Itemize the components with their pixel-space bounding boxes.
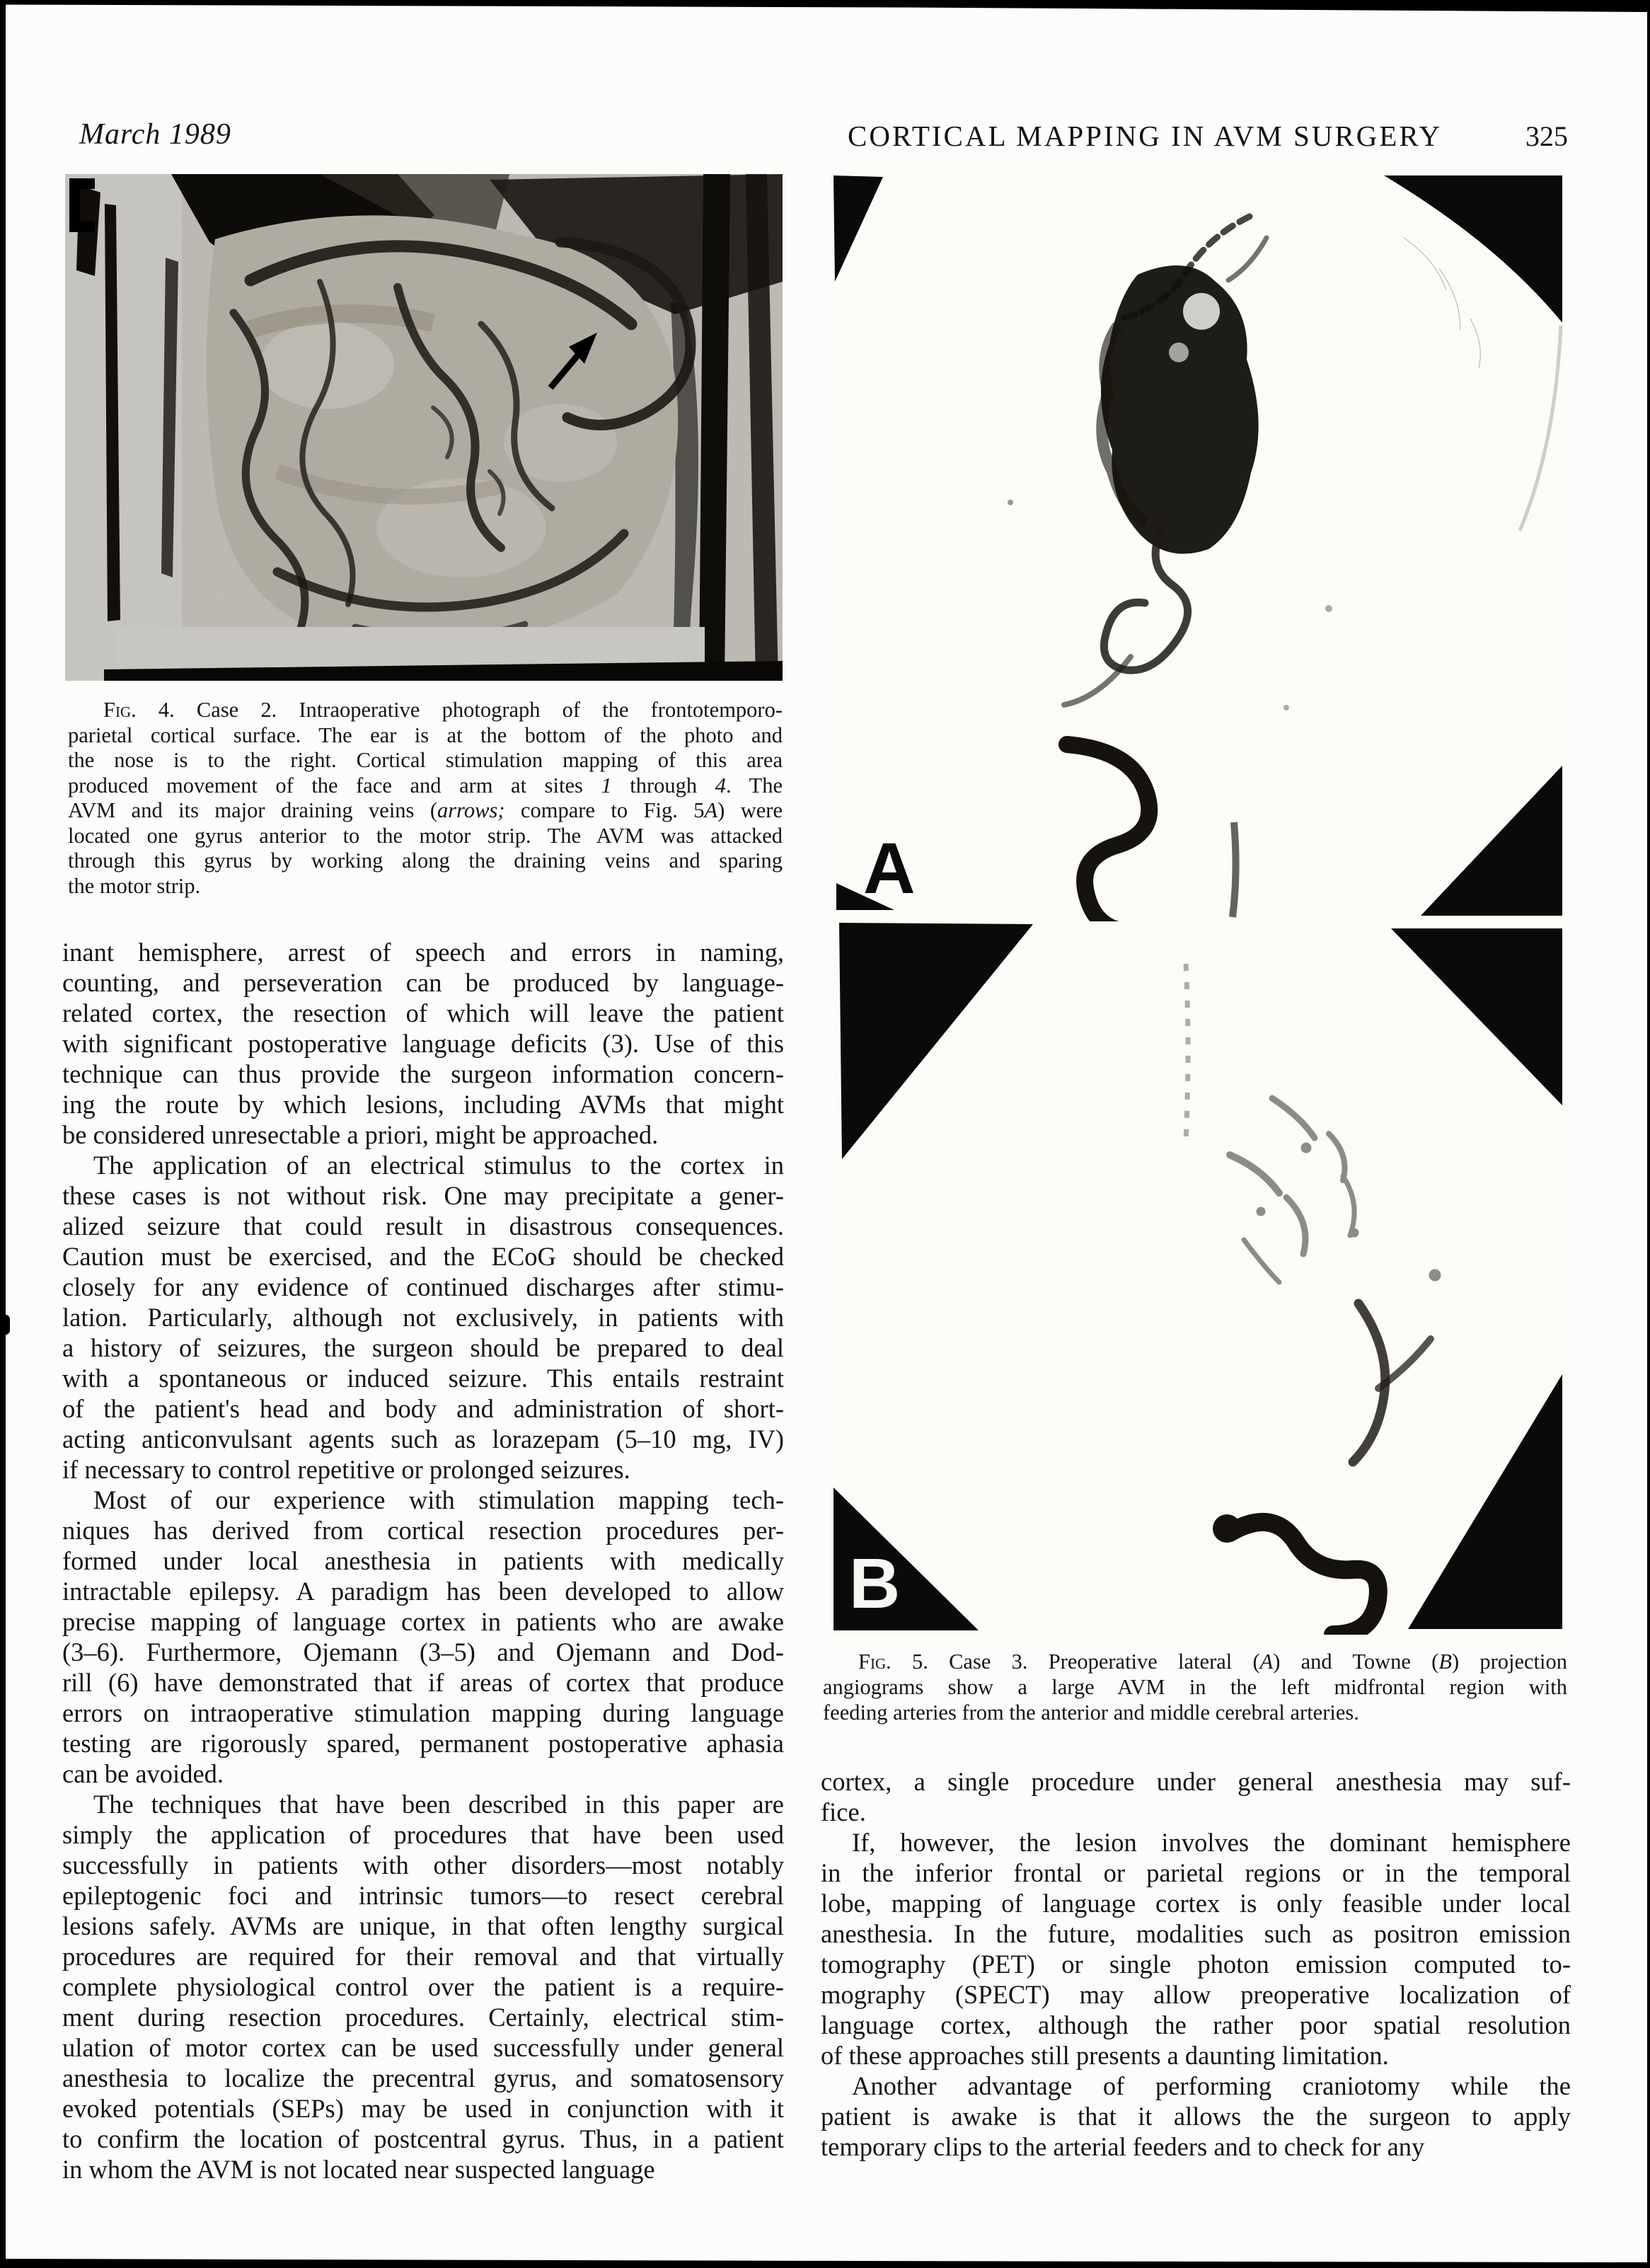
text-line: precise mapping of language cortex in pa… xyxy=(62,1606,784,1637)
page-number: 325 xyxy=(1525,120,1568,153)
text-line: alized seizure that could result in disa… xyxy=(62,1211,784,1241)
text-line: temporary clips to the arterial feeders … xyxy=(821,2131,1571,2162)
text-line: related cortex, the resection of which w… xyxy=(62,998,784,1028)
figure5-panel-a-angiogram: A xyxy=(833,170,1565,921)
text-line: angiograms show a large AVM in the left … xyxy=(823,1674,1567,1700)
text-line: The techniques that have been described … xyxy=(62,1789,784,1819)
panel-b-label: B xyxy=(849,1548,900,1619)
text-line: lesions safely. AVMs are unique, in that… xyxy=(62,1911,784,1941)
text-line: testing are rigorously spared, permanent… xyxy=(62,1728,784,1758)
text-line: fice. xyxy=(821,1797,1571,1827)
text-line: produced movement of the face and arm at… xyxy=(68,773,783,799)
figure5-panel-b-angiogram: B xyxy=(833,921,1565,1635)
text-line: in the inferior frontal or parietal regi… xyxy=(821,1858,1571,1888)
text-line: The application of an electrical stimulu… xyxy=(62,1150,784,1180)
text-line: patient is awake is that it allows the t… xyxy=(821,2101,1571,2131)
panel-a-label: A xyxy=(863,832,916,904)
text-line: lobe, mapping of language cortex is only… xyxy=(821,1888,1571,1918)
text-line: with significant postoperative language … xyxy=(62,1028,784,1059)
text-line: to confirm the location of postcentral g… xyxy=(62,2124,784,2154)
text-line: complete physiological control over the … xyxy=(62,1971,784,2002)
text-line: formed under local anesthesia in patient… xyxy=(62,1545,784,1576)
text-line: cortex, a single procedure under general… xyxy=(821,1766,1571,1797)
text-line: (3–6). Furthermore, Ojemann (3–5) and Oj… xyxy=(62,1637,784,1667)
text-line: anesthesia to localize the precentral gy… xyxy=(62,2063,784,2093)
scan-edge-bottom xyxy=(0,2253,1650,2268)
text-line: evoked potentials (SEPs) may be used in … xyxy=(62,2093,784,2124)
text-line: rill (6) have demonstrated that if areas… xyxy=(62,1667,784,1698)
right-column-text: cortex, a single procedure under general… xyxy=(821,1766,1571,2162)
text-line: language cortex, although the rather poo… xyxy=(821,2010,1571,2040)
figure4-caption: Fig. 4. Case 2. Intraoperative photograp… xyxy=(68,698,783,899)
text-line: lation. Particularly, although not exclu… xyxy=(62,1302,784,1332)
text-line: successfully in patients with other diso… xyxy=(62,1850,784,1880)
text-line: ulation of motor cortex can be used succ… xyxy=(62,2032,784,2063)
issue-date: March 1989 xyxy=(79,117,231,151)
text-line: of the patient's head and body and admin… xyxy=(62,1393,784,1424)
scan-edge-right xyxy=(1647,0,1650,2268)
text-line: counting, and perseveration can be produ… xyxy=(62,967,784,998)
text-line: if necessary to control repetitive or pr… xyxy=(62,1454,784,1485)
text-line: procedures are required for their remova… xyxy=(62,1941,784,1971)
text-line: with a spontaneous or induced seizure. T… xyxy=(62,1363,784,1393)
text-line: a history of seizures, the surgeon shoul… xyxy=(62,1332,784,1363)
text-line: Caution must be exercised, and the ECoG … xyxy=(62,1241,784,1272)
text-line: technique can thus provide the surgeon i… xyxy=(62,1059,784,1089)
text-line: epileptogenic foci and intrinsic tumors—… xyxy=(62,1880,784,1911)
journal-page-scan: March 1989 CORTICAL MAPPING IN AVM SURGE… xyxy=(0,0,1650,2268)
text-line: the motor strip. xyxy=(68,874,783,899)
text-line: inant hemisphere, arrest of speech and e… xyxy=(62,937,784,967)
fig5b-angiogram-graphic xyxy=(833,921,1565,1635)
text-line: the nose is to the right. Cortical stimu… xyxy=(68,748,783,773)
running-title: CORTICAL MAPPING IN AVM SURGERY xyxy=(848,119,1442,153)
text-line: located one gyrus anterior to the motor … xyxy=(68,824,783,849)
left-column-text: inant hemisphere, arrest of speech and e… xyxy=(62,937,784,2184)
figure4-intraoperative-photo xyxy=(65,174,783,681)
text-line: parietal cortical surface. The ear is at… xyxy=(68,723,783,749)
text-line: If, however, the lesion involves the dom… xyxy=(821,1827,1571,1858)
scan-edge-left xyxy=(0,0,6,2268)
text-line: acting anticonvulsant agents such as lor… xyxy=(62,1424,784,1454)
text-line: intractable epilepsy. A paradigm has bee… xyxy=(62,1576,784,1606)
scan-edge-notch xyxy=(0,1315,10,1335)
text-line: Fig. 4. Case 2. Intraoperative photograp… xyxy=(68,698,783,723)
text-line: ing the route by which lesions, includin… xyxy=(62,1089,784,1119)
scan-edge-top xyxy=(0,0,1650,12)
avm-nidus xyxy=(1101,265,1259,554)
text-line: ment during resection procedures. Certai… xyxy=(62,2002,784,2032)
text-line: anesthesia. In the future, modalities su… xyxy=(821,1918,1571,1949)
text-line: Another advantage of performing cranioto… xyxy=(821,2071,1571,2101)
text-line: be considered unresectable a priori, mig… xyxy=(62,1119,784,1150)
text-line: these cases is not without risk. One may… xyxy=(62,1180,784,1211)
text-line: Fig. 5. Case 3. Preoperative lateral (A)… xyxy=(823,1649,1567,1674)
text-line: of these approaches still presents a dau… xyxy=(821,2040,1571,2071)
text-line: in whom the AVM is not located near susp… xyxy=(62,2154,784,2184)
text-line: niques has derived from cortical resecti… xyxy=(62,1515,784,1545)
fig4-photo-graphic xyxy=(65,174,783,681)
text-line: through this gyrus by working along the … xyxy=(68,848,783,874)
text-line: simply the application of procedures tha… xyxy=(62,1819,784,1850)
text-line: feeding arteries from the anterior and m… xyxy=(823,1700,1567,1725)
text-line: errors on intraoperative stimulation map… xyxy=(62,1698,784,1728)
text-line: AVM and its major draining veins (arrows… xyxy=(68,798,783,824)
text-line: Most of our experience with stimulation … xyxy=(62,1485,784,1515)
text-line: closely for any evidence of continued di… xyxy=(62,1272,784,1302)
fig5a-angiogram-graphic xyxy=(833,170,1565,921)
text-line: mography (SPECT) may allow preoperative … xyxy=(821,1979,1571,2010)
page-header: CORTICAL MAPPING IN AVM SURGERY 325 xyxy=(848,119,1568,153)
text-line: tomography (PET) or single photon emissi… xyxy=(821,1949,1571,1979)
text-line: can be avoided. xyxy=(62,1758,784,1789)
figure5-caption: Fig. 5. Case 3. Preoperative lateral (A)… xyxy=(823,1649,1567,1725)
